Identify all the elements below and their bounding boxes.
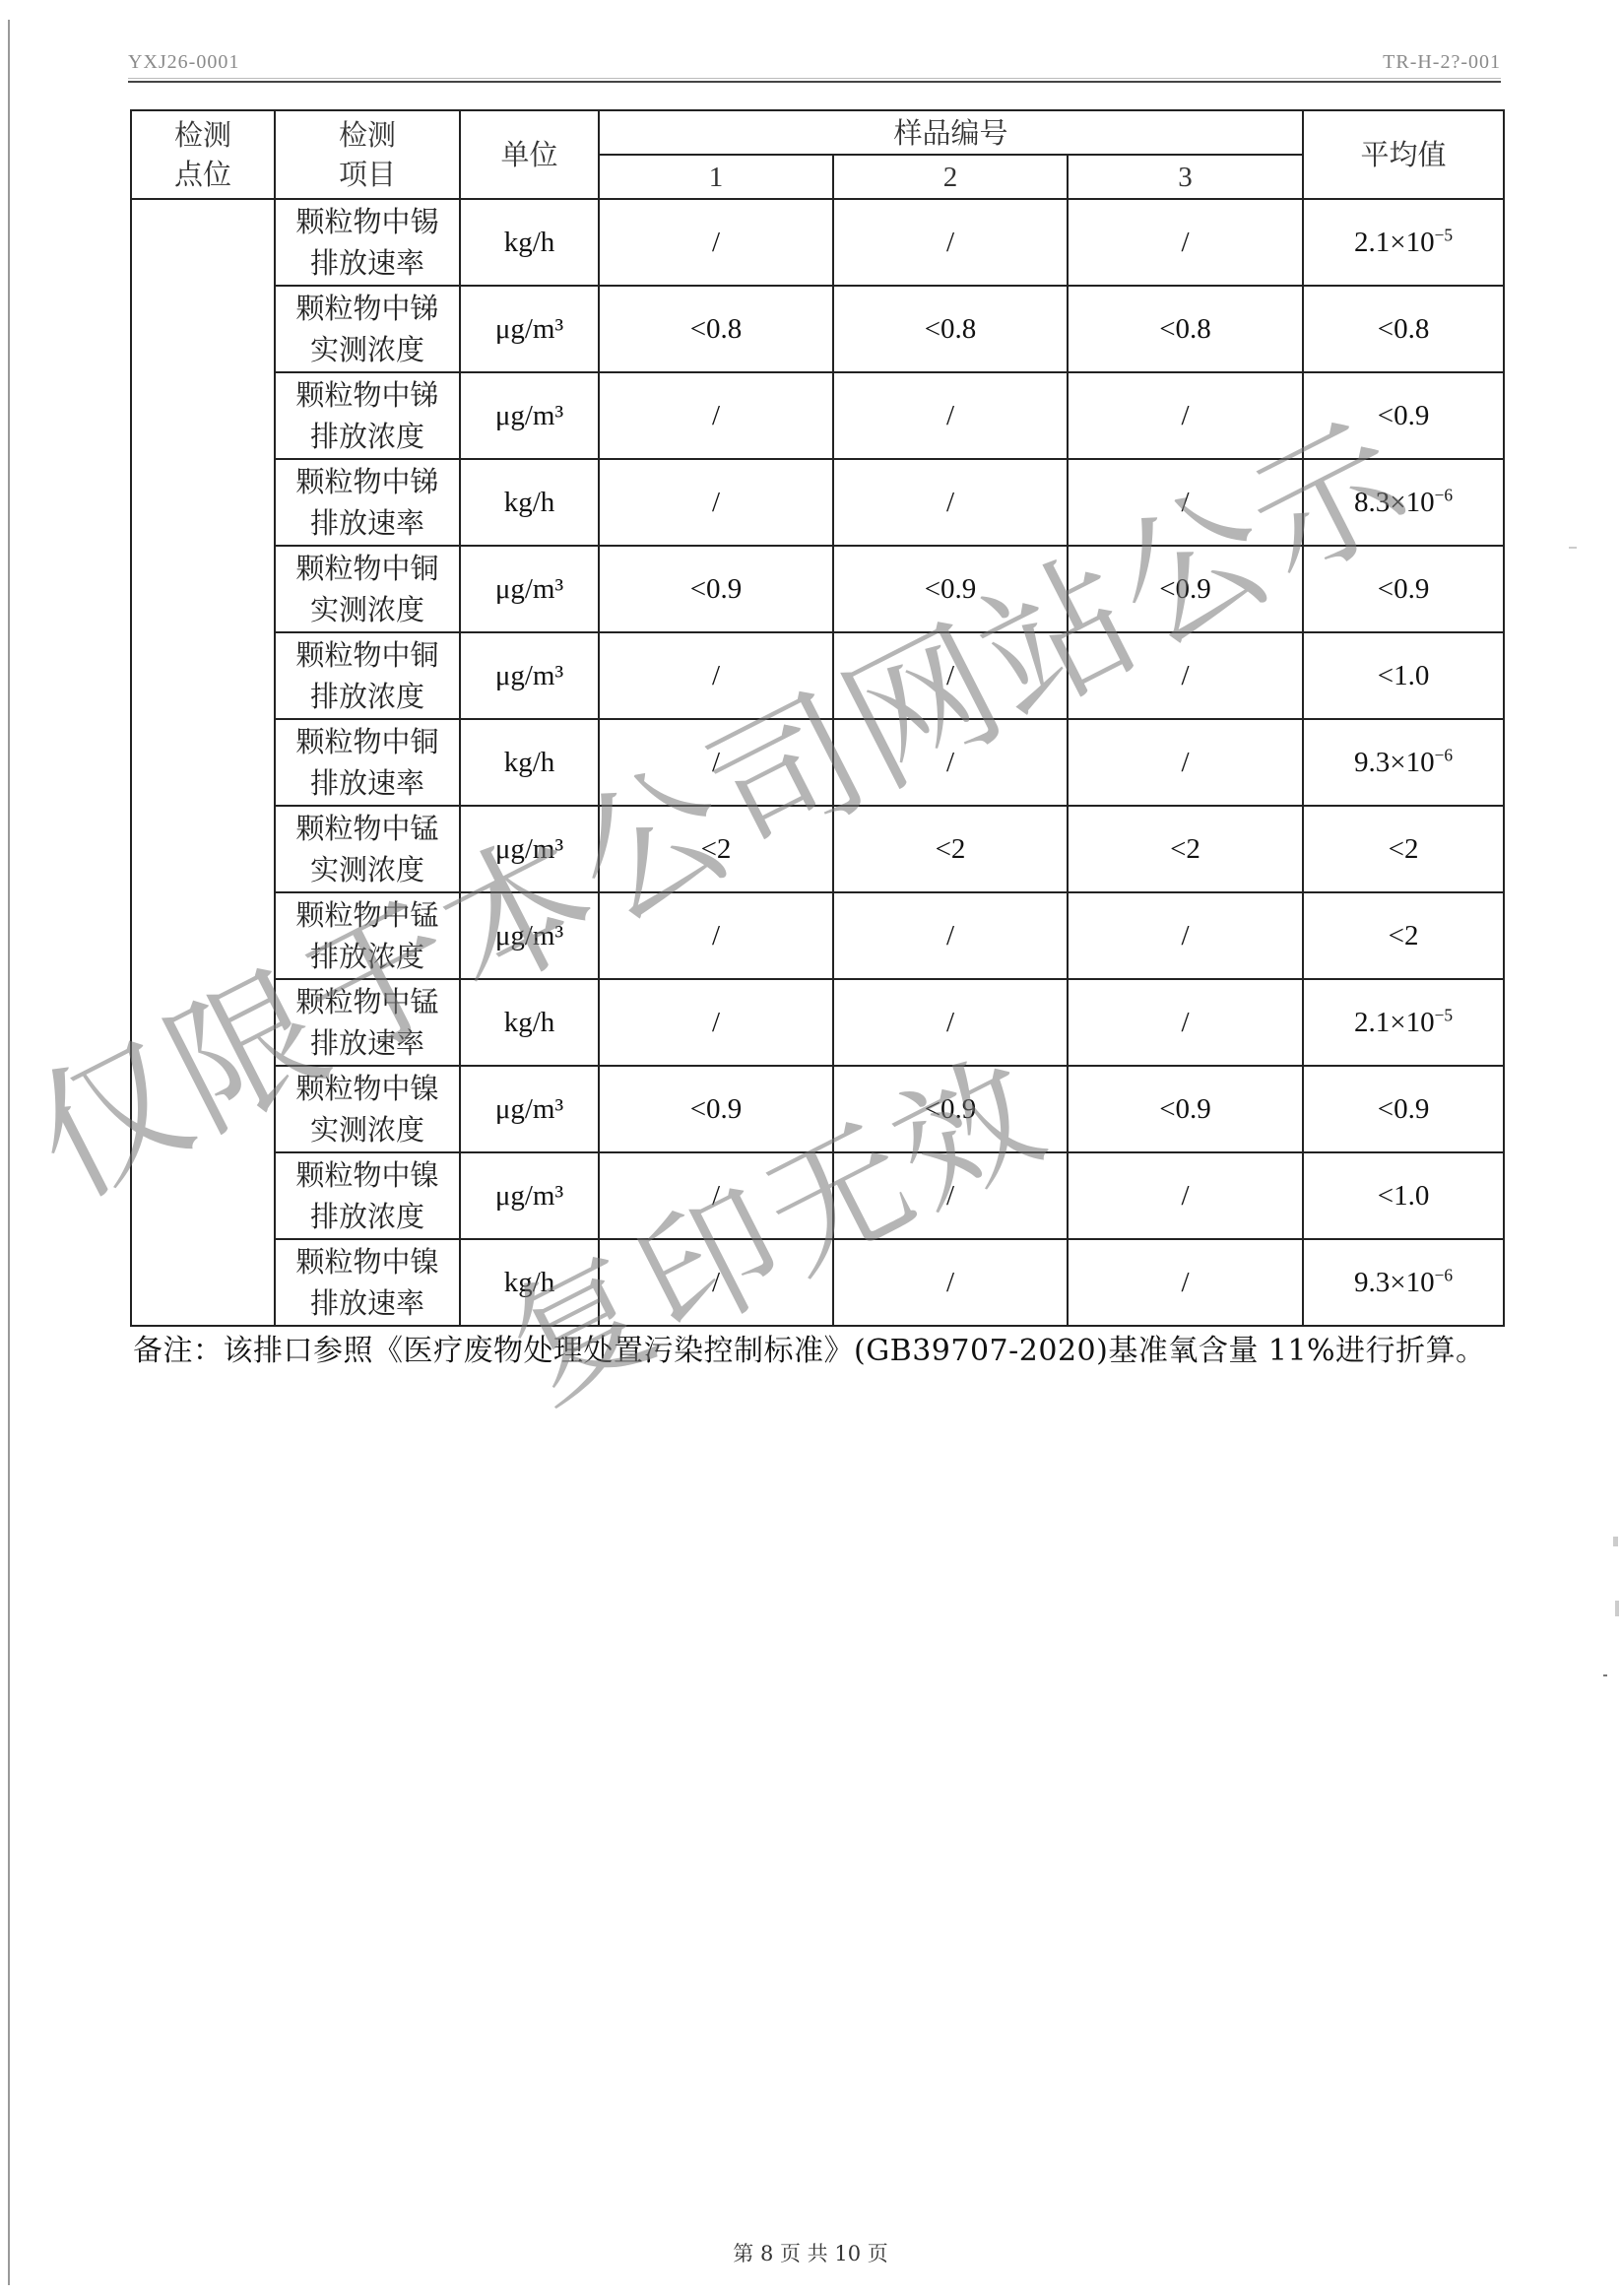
- sample-2-cell: /: [833, 199, 1068, 286]
- item-metric: 排放速率: [276, 1022, 459, 1064]
- point-cell: [131, 199, 275, 1326]
- item-cell: 颗粒物中镍 排放浓度: [275, 1152, 460, 1239]
- table-row: 颗粒物中镍 实测浓度 μg/m³<0.9<0.9<0.9<0.9: [131, 1066, 1504, 1152]
- item-metric: 排放浓度: [276, 416, 459, 457]
- sample-2-cell: /: [833, 459, 1068, 546]
- sample-1-cell: /: [599, 892, 833, 979]
- col-header-point-line1: 检测: [132, 115, 274, 155]
- sample-2-cell: /: [833, 719, 1068, 806]
- unit-cell: kg/h: [460, 459, 599, 546]
- item-metric: 排放浓度: [276, 936, 459, 977]
- sample-3-cell: /: [1068, 719, 1303, 806]
- average-exponent: −6: [1435, 485, 1454, 504]
- sample-2-cell: /: [833, 632, 1068, 719]
- sample-1-cell: /: [599, 1239, 833, 1326]
- table-row: 颗粒物中铜 实测浓度 μg/m³<0.9<0.9<0.9<0.9: [131, 546, 1504, 632]
- sample-1-cell: <0.9: [599, 1066, 833, 1152]
- col-header-sample-1: 1: [599, 155, 833, 199]
- average-base: 9.3×10: [1354, 1267, 1435, 1298]
- item-cell: 颗粒物中锰 排放浓度: [275, 892, 460, 979]
- average-cell: <1.0: [1303, 1152, 1504, 1239]
- sample-2-cell: /: [833, 1152, 1068, 1239]
- unit-cell: μg/m³: [460, 806, 599, 892]
- unit-cell: kg/h: [460, 199, 599, 286]
- average-base: <0.9: [1378, 1093, 1430, 1125]
- table-row: 颗粒物中锑 实测浓度 μg/m³<0.8<0.8<0.8<0.8: [131, 286, 1504, 372]
- item-name: 颗粒物中锰: [276, 981, 459, 1022]
- sample-2-cell: /: [833, 892, 1068, 979]
- table-body: 颗粒物中锡 排放速率 kg/h///2.1×10−5 颗粒物中锑 实测浓度 μg…: [131, 199, 1504, 1326]
- table-row: 颗粒物中铜 排放速率 kg/h///9.3×10−6: [131, 719, 1504, 806]
- scan-artifact: [1569, 547, 1577, 549]
- average-cell: 9.3×10−6: [1303, 1239, 1504, 1326]
- average-base: <0.8: [1378, 313, 1430, 345]
- table-row: 颗粒物中镍 排放浓度 μg/m³///<1.0: [131, 1152, 1504, 1239]
- table-row: 颗粒物中镍 排放速率 kg/h///9.3×10−6: [131, 1239, 1504, 1326]
- item-cell: 颗粒物中锰 实测浓度: [275, 806, 460, 892]
- sample-2-cell: <0.9: [833, 546, 1068, 632]
- header-left-code: YXJ26-0001: [128, 51, 239, 74]
- sample-3-cell: <0.9: [1068, 546, 1303, 632]
- item-name: 颗粒物中锰: [276, 894, 459, 936]
- sample-3-cell: /: [1068, 632, 1303, 719]
- item-name: 颗粒物中镍: [276, 1241, 459, 1282]
- header-right-code: TR-H-2?-001: [1383, 51, 1501, 74]
- sample-3-cell: /: [1068, 459, 1303, 546]
- sample-2-cell: <0.8: [833, 286, 1068, 372]
- table-row: 颗粒物中锰 排放速率 kg/h///2.1×10−5: [131, 979, 1504, 1066]
- average-cell: 2.1×10−5: [1303, 199, 1504, 286]
- average-base: <1.0: [1378, 1180, 1430, 1212]
- sample-2-cell: <0.9: [833, 1066, 1068, 1152]
- col-header-sample-group: 样品编号: [599, 110, 1303, 155]
- header-rule-thin: [128, 78, 1501, 79]
- scan-artifact: [1613, 1537, 1618, 1546]
- sample-3-cell: <2: [1068, 806, 1303, 892]
- unit-cell: μg/m³: [460, 1066, 599, 1152]
- sample-3-cell: /: [1068, 372, 1303, 459]
- table-row: 颗粒物中锑 排放浓度 μg/m³///<0.9: [131, 372, 1504, 459]
- item-metric: 实测浓度: [276, 1109, 459, 1150]
- item-cell: 颗粒物中锡 排放速率: [275, 199, 460, 286]
- col-header-item: 检测 项目: [275, 110, 460, 199]
- item-name: 颗粒物中铜: [276, 548, 459, 589]
- item-name: 颗粒物中镍: [276, 1068, 459, 1109]
- sample-3-cell: /: [1068, 1239, 1303, 1326]
- average-base: <0.9: [1378, 400, 1430, 431]
- item-cell: 颗粒物中锰 排放速率: [275, 979, 460, 1066]
- unit-cell: μg/m³: [460, 286, 599, 372]
- col-header-item-line2: 项目: [276, 155, 459, 194]
- sample-1-cell: /: [599, 719, 833, 806]
- sample-3-cell: /: [1068, 892, 1303, 979]
- col-header-sample-3: 3: [1068, 155, 1303, 199]
- item-name: 颗粒物中锑: [276, 374, 459, 416]
- col-header-sample-2: 2: [833, 155, 1068, 199]
- item-metric: 实测浓度: [276, 849, 459, 890]
- average-base: <0.9: [1378, 573, 1430, 605]
- item-name: 颗粒物中铜: [276, 721, 459, 762]
- header-rule: [128, 81, 1501, 83]
- item-metric: 排放速率: [276, 762, 459, 804]
- item-metric: 实测浓度: [276, 329, 459, 370]
- col-header-item-line1: 检测: [276, 115, 459, 155]
- col-header-average: 平均值: [1303, 110, 1504, 199]
- average-base: 8.3×10: [1354, 487, 1435, 518]
- sample-1-cell: /: [599, 372, 833, 459]
- unit-cell: kg/h: [460, 719, 599, 806]
- sample-3-cell: /: [1068, 979, 1303, 1066]
- item-name: 颗粒物中铜: [276, 634, 459, 676]
- table-row: 颗粒物中锡 排放速率 kg/h///2.1×10−5: [131, 199, 1504, 286]
- item-metric: 排放速率: [276, 502, 459, 544]
- item-cell: 颗粒物中锑 排放浓度: [275, 372, 460, 459]
- average-cell: 2.1×10−5: [1303, 979, 1504, 1066]
- table-row: 颗粒物中锰 实测浓度 μg/m³<2<2<2<2: [131, 806, 1504, 892]
- item-cell: 颗粒物中锑 实测浓度: [275, 286, 460, 372]
- average-cell: 8.3×10−6: [1303, 459, 1504, 546]
- sample-1-cell: /: [599, 1152, 833, 1239]
- sample-3-cell: <0.9: [1068, 1066, 1303, 1152]
- average-base: 2.1×10: [1354, 227, 1435, 258]
- unit-cell: μg/m³: [460, 632, 599, 719]
- average-exponent: −6: [1435, 1265, 1454, 1284]
- sample-3-cell: <0.8: [1068, 286, 1303, 372]
- unit-cell: kg/h: [460, 1239, 599, 1326]
- item-name: 颗粒物中锑: [276, 288, 459, 329]
- sample-1-cell: <0.9: [599, 546, 833, 632]
- average-base: 9.3×10: [1354, 747, 1435, 778]
- average-cell: <0.9: [1303, 1066, 1504, 1152]
- sample-1-cell: /: [599, 199, 833, 286]
- average-base: <2: [1389, 920, 1419, 951]
- item-cell: 颗粒物中镍 排放速率: [275, 1239, 460, 1326]
- average-base: <1.0: [1378, 660, 1430, 691]
- item-cell: 颗粒物中铜 排放浓度: [275, 632, 460, 719]
- average-cell: <0.9: [1303, 372, 1504, 459]
- table-row: 颗粒物中锰 排放浓度 μg/m³///<2: [131, 892, 1504, 979]
- unit-cell: μg/m³: [460, 546, 599, 632]
- unit-cell: μg/m³: [460, 1152, 599, 1239]
- item-cell: 颗粒物中锑 排放速率: [275, 459, 460, 546]
- col-header-unit: 单位: [460, 110, 599, 199]
- average-cell: <0.9: [1303, 546, 1504, 632]
- col-header-point: 检测 点位: [131, 110, 275, 199]
- unit-cell: μg/m³: [460, 372, 599, 459]
- scan-artifact: [1615, 1601, 1619, 1616]
- unit-cell: kg/h: [460, 979, 599, 1066]
- average-cell: <2: [1303, 892, 1504, 979]
- table-note: 备注：该排口参照《医疗废物处理处置污染控制标准》(GB39707-2020)基准…: [133, 1326, 1486, 1369]
- average-exponent: −5: [1435, 1005, 1454, 1024]
- sample-1-cell: /: [599, 632, 833, 719]
- unit-cell: μg/m³: [460, 892, 599, 979]
- sample-3-cell: /: [1068, 1152, 1303, 1239]
- average-exponent: −5: [1435, 225, 1454, 244]
- scan-edge-line: [8, 20, 10, 2285]
- average-exponent: −6: [1435, 745, 1454, 764]
- average-base: 2.1×10: [1354, 1007, 1435, 1038]
- sample-2-cell: /: [833, 1239, 1068, 1326]
- item-metric: 排放浓度: [276, 1196, 459, 1237]
- item-metric: 排放速率: [276, 242, 459, 284]
- item-metric: 排放浓度: [276, 676, 459, 717]
- item-name: 颗粒物中镍: [276, 1154, 459, 1196]
- average-cell: 9.3×10−6: [1303, 719, 1504, 806]
- average-base: <2: [1389, 833, 1419, 865]
- item-metric: 实测浓度: [276, 589, 459, 630]
- item-metric: 排放速率: [276, 1282, 459, 1324]
- sample-2-cell: /: [833, 979, 1068, 1066]
- sample-2-cell: /: [833, 372, 1068, 459]
- sample-3-cell: /: [1068, 199, 1303, 286]
- col-header-point-line2: 点位: [132, 155, 274, 194]
- sample-1-cell: <2: [599, 806, 833, 892]
- scan-artifact: [1603, 1674, 1607, 1676]
- item-name: 颗粒物中锑: [276, 461, 459, 502]
- table-row: 颗粒物中锑 排放速率 kg/h///8.3×10−6: [131, 459, 1504, 546]
- average-cell: <1.0: [1303, 632, 1504, 719]
- page-footer: 第 8 页 共 10 页: [0, 2238, 1621, 2267]
- item-cell: 颗粒物中铜 排放速率: [275, 719, 460, 806]
- header-row-1: 检测 点位 检测 项目 单位 样品编号 平均值: [131, 110, 1504, 155]
- sample-1-cell: <0.8: [599, 286, 833, 372]
- sample-2-cell: <2: [833, 806, 1068, 892]
- item-name: 颗粒物中锰: [276, 808, 459, 849]
- average-cell: <2: [1303, 806, 1504, 892]
- item-cell: 颗粒物中镍 实测浓度: [275, 1066, 460, 1152]
- results-table: 检测 点位 检测 项目 单位 样品编号 平均值 1 2 3 颗粒物中锡 排放速率…: [130, 109, 1505, 1327]
- average-cell: <0.8: [1303, 286, 1504, 372]
- table-row: 颗粒物中铜 排放浓度 μg/m³///<1.0: [131, 632, 1504, 719]
- item-cell: 颗粒物中铜 实测浓度: [275, 546, 460, 632]
- sample-1-cell: /: [599, 979, 833, 1066]
- sample-1-cell: /: [599, 459, 833, 546]
- item-name: 颗粒物中锡: [276, 201, 459, 242]
